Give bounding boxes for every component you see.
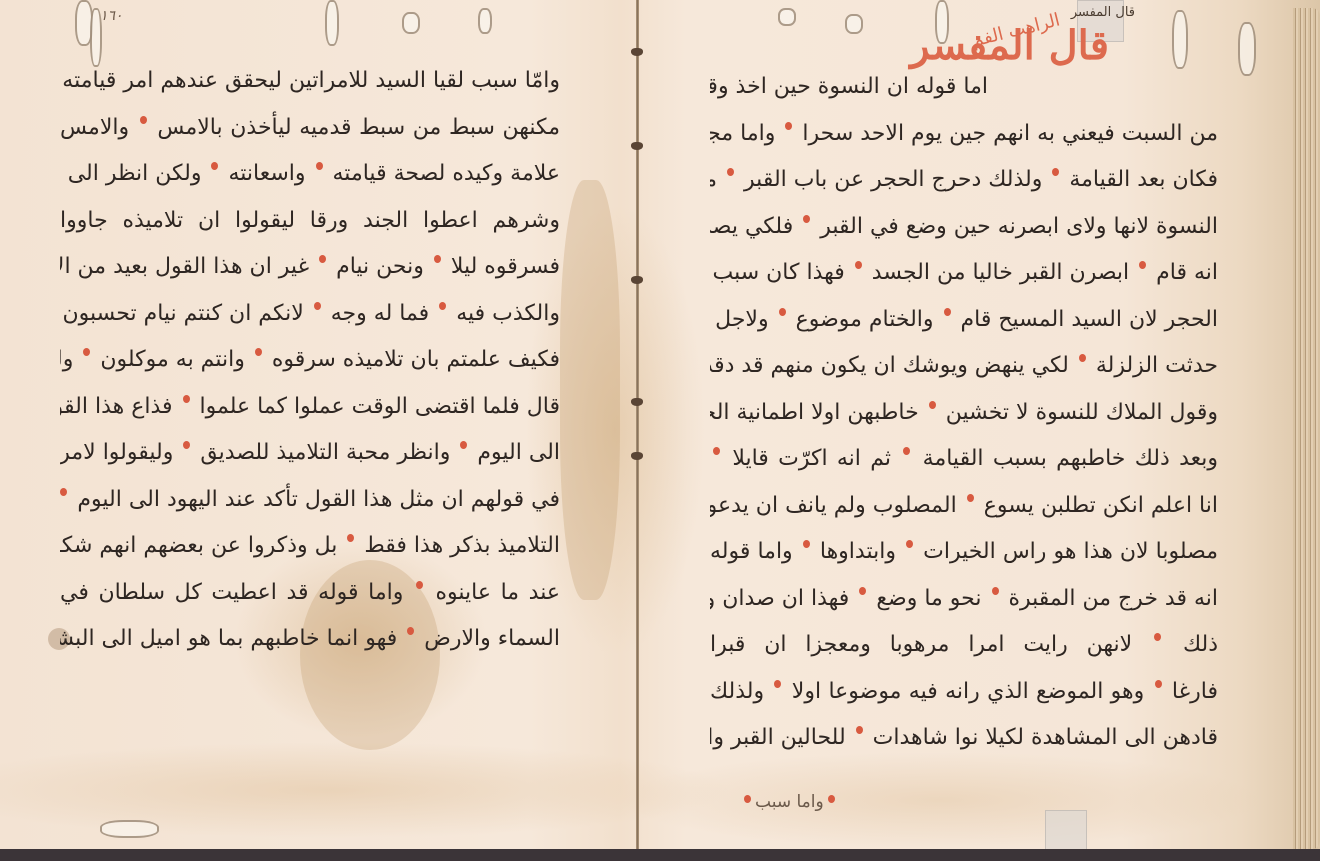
red-dot-icon — [211, 162, 218, 170]
rubric-heading: الراهب الفم قال المفسر — [910, 24, 1109, 68]
red-dot-icon — [744, 795, 751, 803]
text-line: فارغا وهو الموضع الذي رانه فيه موضوعا او… — [710, 669, 1218, 716]
left-page-text: وامّا سبب لقيا السيد للامراتين ليحقق عند… — [60, 58, 560, 663]
text-line: انه قد خرج من المقبرة نحو ما وضع فهذا ان… — [710, 576, 1218, 623]
right-page: قال المفسر الراهب الفم قال المفسر اما قو… — [640, 0, 1295, 850]
red-dot-icon — [416, 581, 423, 589]
text-line: وبعد ذلك خاطبهم بسبب القيامة ثم انه اكرّ… — [710, 436, 1218, 483]
catchword-text: واما سبب — [755, 792, 824, 812]
text-line: التلاميذ بذكر هذا فقط بل وذكروا عن بعضهم… — [60, 523, 560, 570]
page-block-edges — [1293, 8, 1320, 850]
red-dot-icon — [255, 348, 262, 356]
red-dot-icon — [183, 441, 190, 449]
red-dot-icon — [434, 255, 441, 263]
red-dot-icon — [316, 162, 323, 170]
text-line: قال فلما اقتضى الوقت عملوا كما علموا فذا… — [60, 384, 560, 431]
red-dot-icon — [1052, 168, 1059, 176]
margin-note: قال المفسر — [1071, 5, 1135, 20]
red-dot-icon — [779, 308, 786, 316]
text-line: مكنهن سبط من سبط قدميه ليأخذن بالامس وال… — [60, 105, 560, 152]
catchword: واما سبب — [740, 792, 839, 812]
text-line: والكذب فيه فما له وجه لانكم ان كنتم نيام… — [60, 291, 560, 338]
manuscript-spread: ١٦٠ وامّا سبب لقيا السيد للامراتين ليحقق… — [0, 0, 1320, 850]
red-dot-icon — [944, 308, 951, 316]
right-page-text: اما قوله ان النسوة حين اخذ وقت من السبت … — [710, 64, 1218, 762]
red-dot-icon — [929, 401, 936, 409]
text-line: النسوة لانها ولاى ابصرنه حين وضع في القب… — [710, 204, 1218, 251]
text-line: عند ما عاينوه واما قوله قد اعطيت كل سلطا… — [60, 570, 560, 617]
red-dot-icon — [407, 627, 414, 635]
red-dot-icon — [140, 116, 147, 124]
red-dot-icon — [1139, 261, 1146, 269]
text-line: السماء والارض فهو انما خاطبهم بما هو امي… — [60, 616, 560, 663]
red-dot-icon — [439, 302, 446, 310]
red-dot-icon — [903, 447, 910, 455]
red-dot-icon — [319, 255, 326, 263]
text-line: وشرهم اعطوا الجند ورقا ليقولوا ان تلاميذ… — [60, 198, 560, 245]
red-dot-icon — [1079, 354, 1086, 362]
text-line: انه قام ابصرن القبر خاليا من الجسد فهذا … — [710, 250, 1218, 297]
red-dot-icon — [183, 395, 190, 403]
red-dot-icon — [855, 261, 862, 269]
red-dot-icon — [828, 795, 835, 803]
text-line: انا اعلم انكن تطلبن يسوع المصلوب ولم يان… — [710, 483, 1218, 530]
red-dot-icon — [859, 587, 866, 595]
red-dot-icon — [967, 494, 974, 502]
background-edge — [0, 849, 1320, 861]
text-line: وامّا سبب لقيا السيد للامراتين ليحقق عند… — [60, 58, 560, 105]
text-line: اما قوله ان النسوة حين اخذ وقت — [710, 64, 1218, 111]
folio-number: ١٦٠ — [100, 8, 123, 24]
binding-gutter — [636, 0, 639, 850]
red-dot-icon — [460, 441, 467, 449]
text-line: الحجر لان السيد المسيح قام والختام موضوع… — [710, 297, 1218, 344]
red-dot-icon — [314, 302, 321, 310]
text-line: الى اليوم وانظر محبة التلاميذ للصديق ولي… — [60, 430, 560, 477]
red-dot-icon — [803, 540, 810, 548]
red-dot-icon — [347, 534, 354, 542]
red-dot-icon — [856, 726, 863, 734]
red-dot-icon — [1155, 680, 1162, 688]
text-line: من السبت فيعني به انهم جين يوم الاحد سحر… — [710, 111, 1218, 158]
left-page: ١٦٠ وامّا سبب لقيا السيد للامراتين ليحقق… — [0, 0, 636, 850]
red-dot-icon — [785, 122, 792, 130]
red-dot-icon — [906, 540, 913, 548]
text-line: وقول الملاك للنسوة لا تخشين خاطبهن اولا … — [710, 390, 1218, 437]
red-dot-icon — [83, 348, 90, 356]
text-line: فكيف علمتم بان تلاميذه سرقوه وانتم به مو… — [60, 337, 560, 384]
red-dot-icon — [727, 168, 734, 176]
text-line: مصلوبا لان هذا هو راس الخيرات وابتداوها … — [710, 529, 1218, 576]
text-line: حدثت الزلزلة لكي ينهض ويوشك ان يكون منهم… — [710, 343, 1218, 390]
text-line: في قولهم ان مثل هذا القول تأكد عند اليهو… — [60, 477, 560, 524]
red-dot-icon — [992, 587, 999, 595]
red-dot-icon — [60, 488, 67, 496]
red-dot-icon — [1154, 633, 1161, 641]
red-dot-icon — [774, 680, 781, 688]
red-dot-icon — [803, 215, 810, 223]
text-line: فسرقوه ليلا ونحن نيام غير ان هذا القول ب… — [60, 244, 560, 291]
text-line: علامة وكيده لصحة قيامته واسعانته ولكن ان… — [60, 151, 560, 198]
text-line: فكان بعد القيامة ولذلك دحرج الحجر عن باب… — [710, 157, 1218, 204]
red-dot-icon — [713, 447, 720, 455]
text-line: ذلك لانهن رايت امرا مرهوبا ومعجزا ان قبر… — [710, 622, 1218, 669]
text-line: قادهن الى المشاهدة لكيلا نوا شاهدات للحا… — [710, 715, 1218, 762]
